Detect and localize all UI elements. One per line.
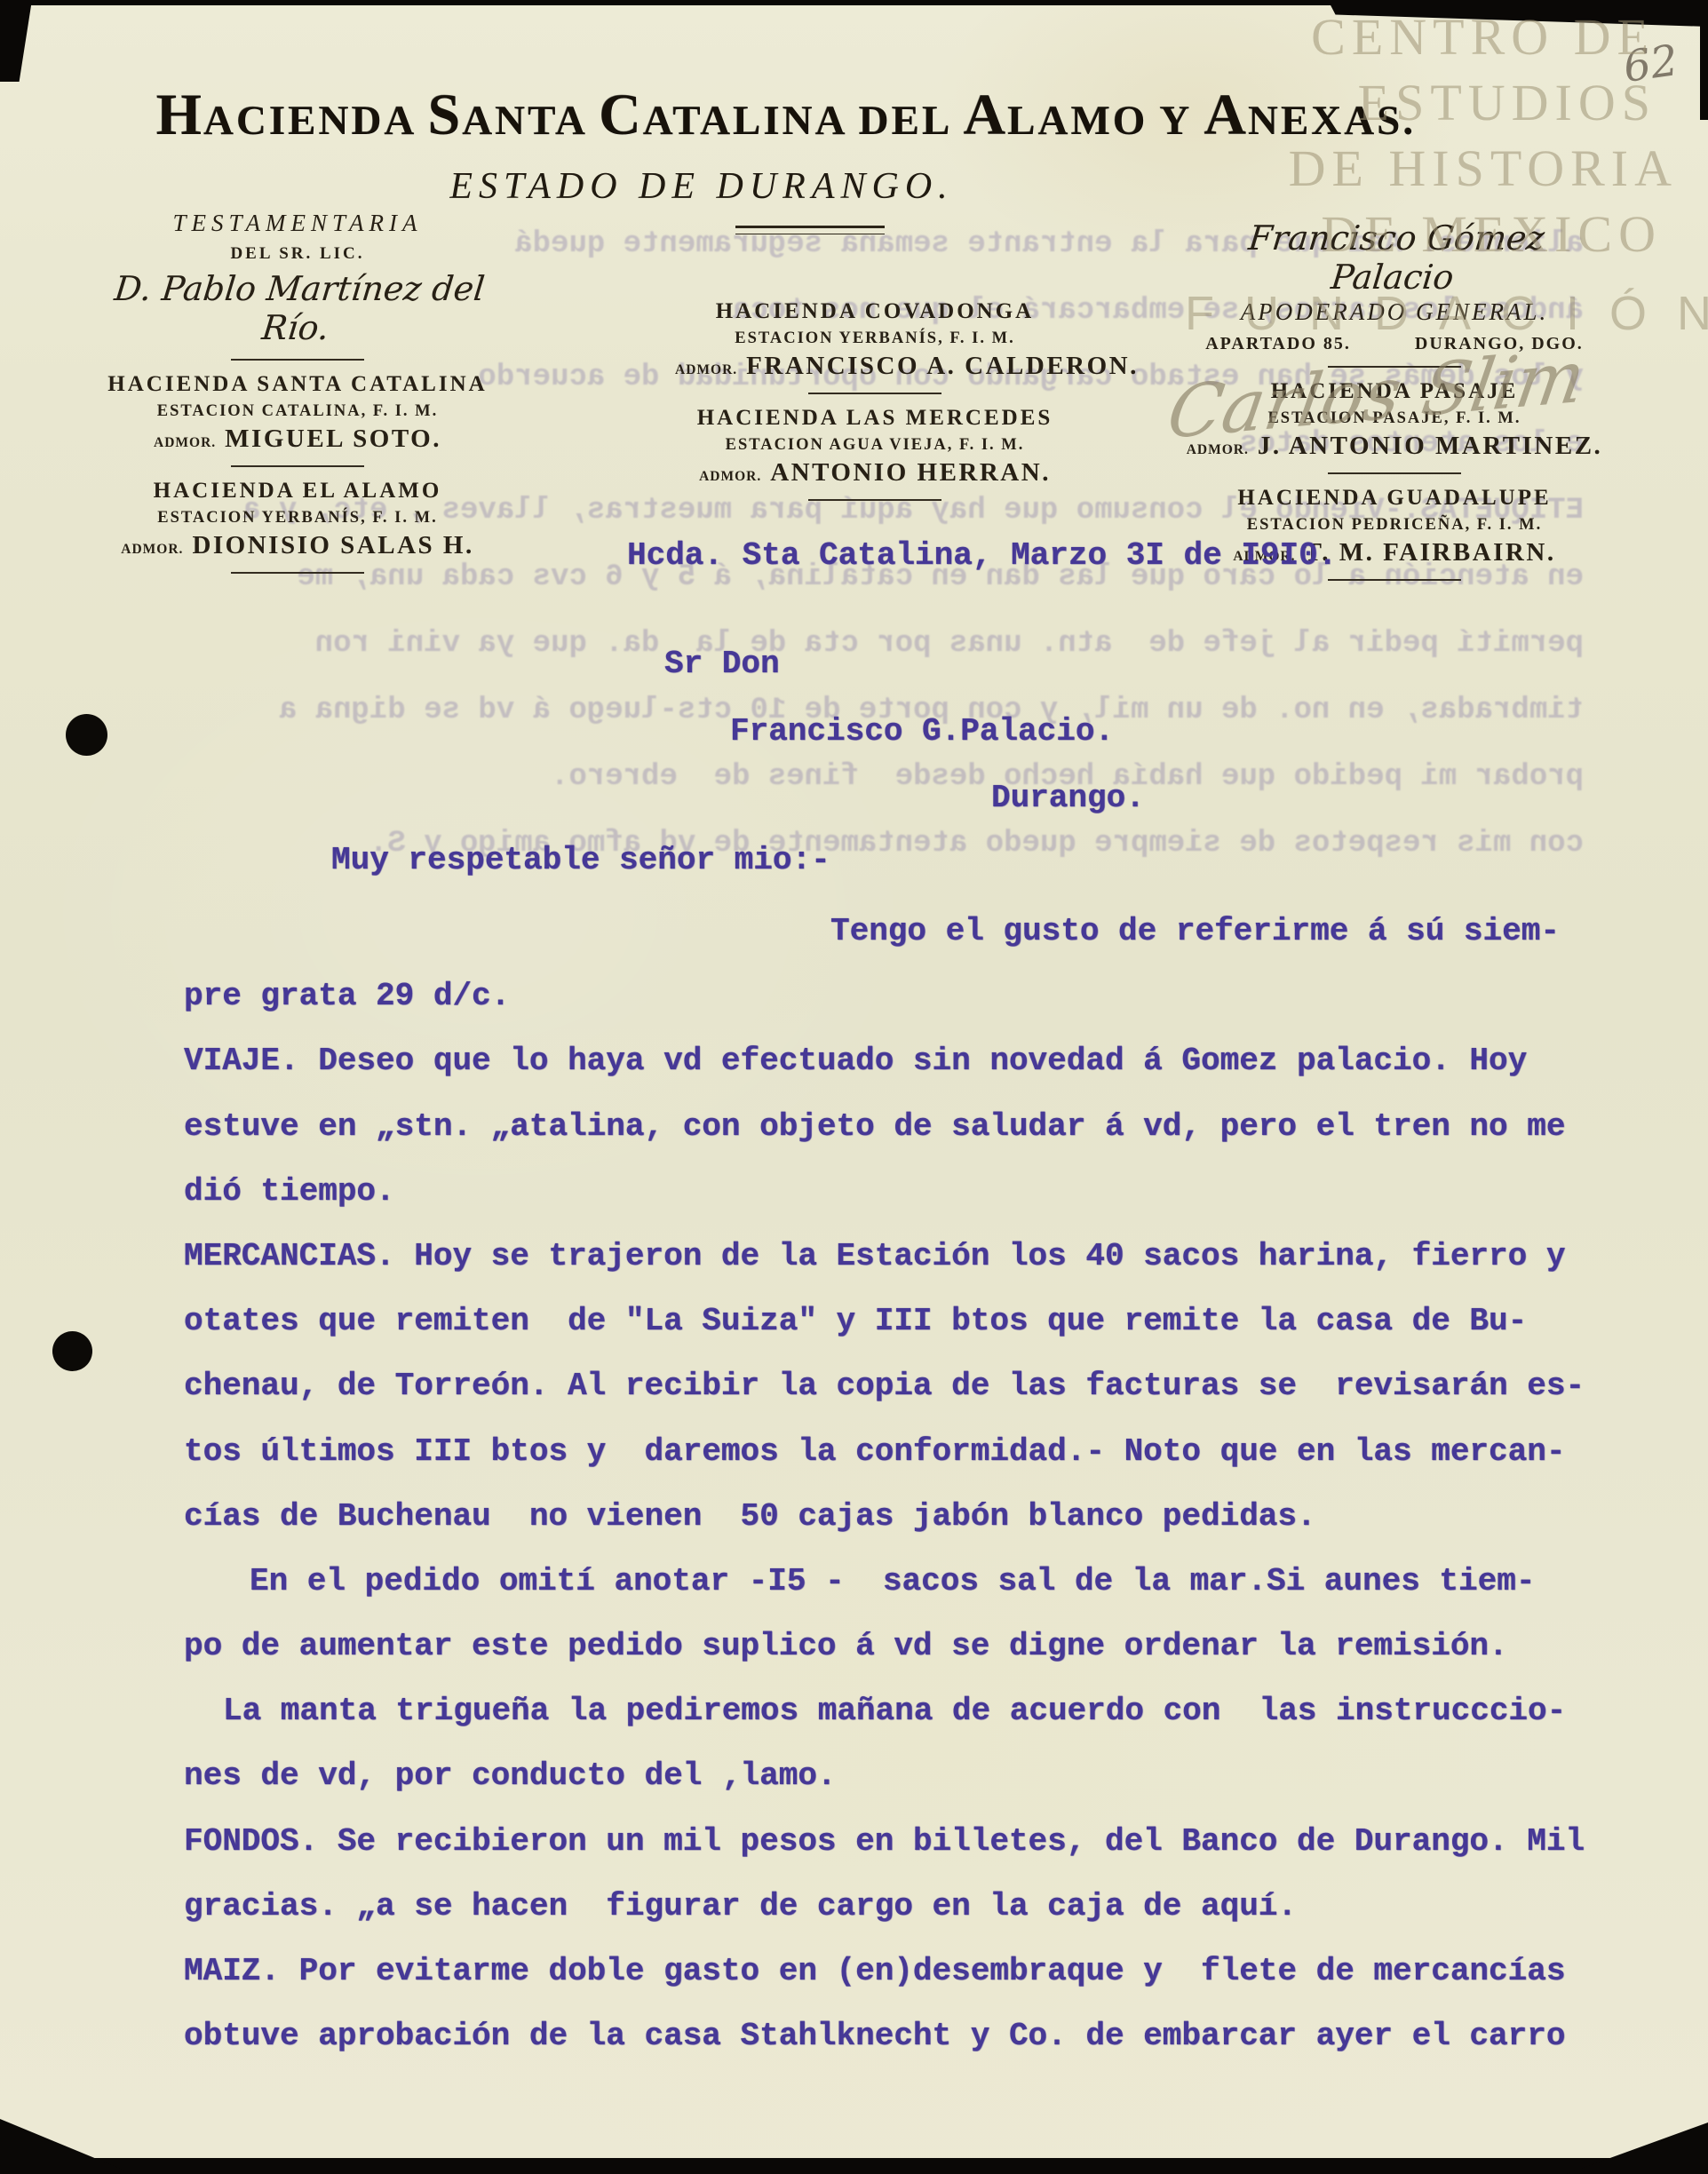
admor-label: ADMOR. (121, 542, 183, 557)
hacienda-name: HACIENDA COVADONGA (675, 299, 1075, 324)
letter-salutation: Muy respetable señor mio:- (331, 842, 830, 878)
admor-label: ADMOR. (154, 435, 216, 450)
letter-body-line: dió tiempo. (0, 1159, 1708, 1224)
watermark-line: ESTUDIOS (1358, 73, 1656, 132)
letter-body-line: obtuve aprobación de la casa Stahlknecht… (0, 2003, 1708, 2068)
letter-body-line: pre grata 29 d/c. (0, 964, 1708, 1028)
divider (1328, 472, 1461, 474)
scan-edge-right (1700, 0, 1708, 120)
watermark-line: CENTRO DE (1311, 7, 1655, 67)
hacienda-admor: ADMOR.MIGUEL SOTO. (98, 424, 497, 454)
letter-body-line: Tengo el gusto de referirme á sú siem- (0, 899, 1708, 964)
letter-dateline: Hcda. Sta Catalina, Marzo 3I de I9I0. (627, 537, 1337, 574)
hacienda-station: ESTACION PEDRICEÑA, F. I. M. (1181, 516, 1608, 535)
hacienda-station: ESTACION YERBANÍS, F. I. M. (98, 509, 497, 528)
divider (231, 359, 364, 361)
hacienda-entry: HACIENDA SANTA CATALINA ESTACION CATALIN… (98, 372, 497, 454)
scan-edge-bottom (0, 2158, 1708, 2174)
letterhead-subtitle: ESTADO DE DURANGO. (0, 165, 1403, 208)
divider (808, 393, 941, 394)
hacienda-name: HACIENDA SANTA CATALINA (98, 372, 497, 397)
letterhead-column-left: TESTAMENTARIA DEL SR. LIC. D. Pablo Mart… (98, 210, 497, 585)
letter-body-line: MERCANCIAS. Hoy se trajeron de la Estaci… (0, 1224, 1708, 1289)
watermark-line: FUNDACIÓN (1185, 286, 1708, 341)
hacienda-station: ESTACION YERBANÍS, F. I. M. (675, 329, 1075, 348)
admor-name: FRANCISCO A. CALDERON. (746, 352, 1139, 380)
testamentaria-heading: TESTAMENTARIA (98, 210, 497, 237)
letter-body-line: cías de Buchenau no vienen 50 cajas jabó… (0, 1484, 1708, 1549)
testamentaria-name: D. Pablo Martínez del Río. (93, 269, 501, 347)
hacienda-admor: ADMOR.FRANCISCO A. CALDERON. (675, 352, 1075, 381)
addressee-salutation-title: Sr Don (664, 646, 780, 682)
letter-body-line: La manta trigueña la pediremos mañana de… (0, 1678, 1708, 1743)
hacienda-entry: HACIENDA COVADONGA ESTACION YERBANÍS, F.… (675, 299, 1075, 381)
hole-punch (66, 714, 107, 756)
divider (231, 465, 364, 467)
hacienda-admor: ADMOR.ANTONIO HERRAN. (675, 458, 1075, 488)
letter-body-line: tos últimos III btos y daremos la confor… (0, 1419, 1708, 1484)
letter-body-line: FONDOS. Se recibieron un mil pesos en bi… (0, 1809, 1708, 1874)
admor-name: T. M. FAIRBAIRN. (1305, 538, 1556, 567)
admor-name: DIONISIO SALAS H. (192, 531, 473, 559)
watermark-line: DE HISTORIA (1289, 139, 1678, 198)
letter-body-line: gracias. „a se hacen figurar de cargo en… (0, 1874, 1708, 1939)
bleedthrough-line: con mis respetos de siempre quedo atenta… (0, 811, 1708, 877)
divider (231, 572, 364, 574)
hacienda-station: ESTACION AGUA VIEJA, F. I. M. (675, 436, 1075, 455)
admor-label: ADMOR. (699, 469, 761, 484)
hacienda-name: HACIENDA EL ALAMO (98, 479, 497, 504)
letter-body-line: En el pedido omití anotar -I5 - sacos sa… (0, 1549, 1708, 1614)
bleedthrough-line: probar mi pedido que había hecho desde f… (0, 744, 1708, 811)
scanned-letter-page: alientes. Así que para la entrante seman… (0, 0, 1708, 2174)
hacienda-name: HACIENDA LAS MERCEDES (675, 406, 1075, 431)
letter-body-line: estuve en „stn. „atalina, con objeto de … (0, 1094, 1708, 1159)
hacienda-station: ESTACION CATALINA, F. I. M. (98, 402, 497, 421)
hole-punch (52, 1331, 92, 1371)
hacienda-name: HACIENDA GUADALUPE (1181, 486, 1608, 511)
addressee-city: Durango. (991, 780, 1145, 816)
letter-body-line: VIAJE. Deseo que lo haya vd efectuado si… (0, 1028, 1708, 1093)
hacienda-entry: HACIENDA LAS MERCEDES ESTACION AGUA VIEJ… (675, 406, 1075, 488)
divider (808, 499, 941, 501)
admor-name: MIGUEL SOTO. (225, 424, 441, 453)
hacienda-entry: HACIENDA EL ALAMO ESTACION YERBANÍS, F. … (98, 479, 497, 560)
letter-body-line: po de aumentar este pedido suplico á vd … (0, 1614, 1708, 1678)
letter-body-line: nes de vd, por conducto del ‚lamo. (0, 1743, 1708, 1808)
hacienda-admor: ADMOR.DIONISIO SALAS H. (98, 531, 497, 560)
watermark-line: DE MEXICO (1321, 204, 1662, 264)
addressee-name: Francisco G.Palacio. (730, 713, 1114, 750)
letter-body-line: MAIZ. Por evitarme doble gasto en (en)de… (0, 1939, 1708, 2003)
testamentaria-subheading: DEL SR. LIC. (98, 244, 497, 264)
divider (1328, 579, 1461, 581)
bleedthrough-line: permití pedir al jefe de atn. unas por c… (0, 611, 1708, 678)
letter-body-line: otates que remiten de "La Suiza" y III b… (0, 1289, 1708, 1353)
letterhead-column-middle: HACIENDA COVADONGA ESTACION YERBANÍS, F.… (675, 299, 1075, 512)
letter-body-line: chenau, de Torreón. Al recibir la copia … (0, 1353, 1708, 1418)
admor-label: ADMOR. (675, 362, 737, 377)
admor-name: ANTONIO HERRAN. (770, 458, 1051, 487)
letter-body: Tengo el gusto de referirme á sú siem-pr… (0, 899, 1708, 2068)
